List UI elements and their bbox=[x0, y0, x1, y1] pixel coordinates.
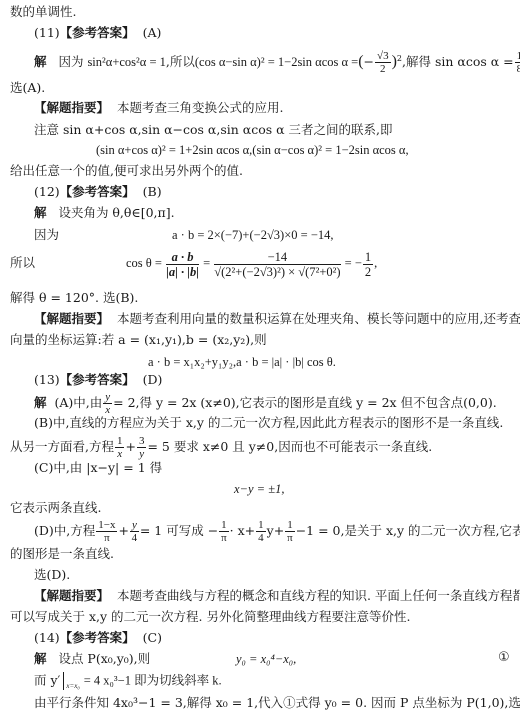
numerator: a · b bbox=[166, 250, 199, 265]
text-line: (C)中,由 |x−y| = 1 得 bbox=[34, 460, 162, 476]
answer-value: (D) bbox=[143, 372, 163, 387]
text-line: 因为 bbox=[34, 227, 59, 243]
numerator: −14 bbox=[214, 250, 340, 265]
formula-line: x−y = ±1, bbox=[234, 481, 284, 497]
answer-label: 【参考答案】 bbox=[60, 630, 135, 645]
text: 从另一方面看,方程 bbox=[10, 439, 114, 454]
fraction: a · b|a| · |b| bbox=[166, 250, 199, 279]
q12-header: (12)【参考答案】 (B) bbox=[34, 184, 162, 200]
q11-solution: 解 因为 sin²α+cos²α = 1,所以(cos α−sin α)² = … bbox=[34, 50, 520, 75]
text: ,解得 sin αcos α = bbox=[402, 54, 514, 69]
denominator: 4 bbox=[256, 532, 266, 544]
text: 设夹角为 θ,θ∈[0,π]. bbox=[58, 205, 174, 220]
denominator: 2 bbox=[375, 63, 391, 75]
fraction: √32 bbox=[375, 50, 391, 75]
denominator: π bbox=[96, 532, 117, 544]
paren: ( bbox=[358, 53, 363, 70]
text-line: 解得 θ = 120°. 选(B). bbox=[10, 290, 138, 306]
math: cos θ = bbox=[126, 256, 162, 270]
numerator: 1 bbox=[285, 519, 295, 532]
numerator: 1 bbox=[115, 435, 125, 448]
q11-hint: 【解题指要】 本题考查三角变换公式的应用. bbox=[34, 100, 283, 116]
hint-label: 【解题指要】 bbox=[34, 100, 109, 115]
fraction: yx bbox=[103, 391, 112, 416]
solve-label: 解 bbox=[34, 395, 47, 410]
formula-line: (sin α+cos α)² = 1+2sin αcos α,(sin α−co… bbox=[96, 142, 409, 158]
text: 而 y′ bbox=[34, 673, 60, 688]
text-line: 选(A). bbox=[10, 80, 45, 96]
question-number: (14) bbox=[34, 630, 60, 645]
q13-option-a: 解 (A)中,由yx= 2,得 y = 2x (x≠0),它表示的图形是直线 y… bbox=[34, 388, 497, 418]
text: (D)中,方程 bbox=[34, 523, 95, 538]
text: 本题考查曲线与方程的概念和直线方程的知识. 平面上任何一条直线方程都 bbox=[117, 588, 520, 603]
formula-line: a · b = 2×(−7)+(−2√3)×0 = −14, bbox=[172, 227, 334, 243]
q14-derivative: 而 y′x=x₀ = 4 x₀³−1 即为切线斜率 k. bbox=[34, 672, 222, 694]
text: y+ bbox=[267, 523, 285, 538]
numerator: 1 bbox=[363, 250, 373, 265]
numerator: 1 bbox=[515, 50, 520, 63]
numerator: y bbox=[103, 391, 112, 404]
text: 本题考查利用向量的数量积运算在处理夹角、模长等问题中的应用,还考查 bbox=[117, 311, 520, 326]
text: = 2,得 y = 2x (x≠0),它表示的图形是直线 y = 2x 但不包含… bbox=[113, 395, 497, 410]
numerator: 1−x bbox=[96, 519, 117, 532]
text: (A)中,由 bbox=[54, 395, 102, 410]
question-number: (11) bbox=[34, 25, 60, 40]
q13-hint: 【解题指要】 本题考查曲线与方程的概念和直线方程的知识. 平面上任何一条直线方程… bbox=[34, 588, 520, 604]
fraction: 3y bbox=[137, 435, 147, 460]
text: · x+ bbox=[230, 523, 255, 538]
evaluation-bar bbox=[63, 672, 64, 690]
numerator: 3 bbox=[137, 435, 147, 448]
q13-option-d: (D)中,方程1−xπ+y4= 1 可写成 −1π· x+14y+1π−1 = … bbox=[34, 516, 520, 546]
text-line: 的图形是一条直线. bbox=[10, 546, 114, 562]
fraction: 1π bbox=[219, 519, 229, 544]
q14-header: (14)【参考答案】 (C) bbox=[34, 630, 162, 646]
answer-value: (A) bbox=[143, 25, 162, 40]
math: (cos α−sin α)² = 1−2sin αcos α = bbox=[195, 55, 358, 69]
denominator: x bbox=[115, 448, 125, 460]
solve-label: 解 bbox=[34, 205, 47, 220]
answer-label: 【参考答案】 bbox=[60, 25, 135, 40]
denominator: |a| · |b| bbox=[166, 265, 199, 279]
fraction: y4 bbox=[130, 519, 139, 544]
q13-option-b2: 从另一方面看,方程1x+3y= 5 要求 x≠0 且 y≠0,因而也不可能表示一… bbox=[10, 432, 432, 462]
numerator: y bbox=[130, 519, 139, 532]
question-number: (12) bbox=[34, 184, 60, 199]
math: = 4 x₀³−1 即为切线斜率 k. bbox=[84, 674, 222, 688]
answer-label: 【参考答案】 bbox=[60, 184, 135, 199]
text: 本题考查三角变换公式的应用. bbox=[117, 100, 283, 115]
q14-solution: 解 设点 P(x₀,y₀),则 bbox=[34, 651, 150, 667]
fraction: 12 bbox=[363, 250, 373, 279]
fraction: 1π bbox=[285, 519, 295, 544]
denominator: 4 bbox=[130, 532, 139, 544]
text: 因为 bbox=[58, 54, 83, 69]
denominator: 2 bbox=[363, 265, 373, 279]
q12-solution: 解 设夹角为 θ,θ∈[0,π]. bbox=[34, 205, 175, 221]
fraction: 1x bbox=[115, 435, 125, 460]
solve-label: 解 bbox=[34, 54, 47, 69]
text-line: 选(D). bbox=[34, 567, 70, 583]
question-number: (13) bbox=[34, 372, 60, 387]
numerator: √3 bbox=[375, 50, 391, 63]
text-line: 向量的坐标运算:若 a = (x₁,y₁),b = (x₂,y₂),则 bbox=[10, 332, 267, 348]
answer-value: (C) bbox=[143, 630, 162, 645]
text: −1 = 0,是关于 x,y 的二元一次方程,它表示 bbox=[296, 523, 520, 538]
answer-label: 【参考答案】 bbox=[60, 372, 135, 387]
math: sin²α+cos²α = 1 bbox=[87, 55, 165, 69]
denominator: y bbox=[137, 448, 147, 460]
subscript: x=x₀ bbox=[66, 682, 79, 690]
denominator: π bbox=[285, 532, 295, 544]
fraction: 18 bbox=[515, 50, 520, 75]
hint-label: 【解题指要】 bbox=[34, 588, 109, 603]
text-line: (B)中,直线的方程应为关于 x,y 的二元一次方程,因此此方程表示的图形不是一… bbox=[34, 415, 503, 431]
text-line: 给出任意一个的值,便可求出另外两个的值. bbox=[10, 163, 243, 179]
text-line: 注意 sin α+cos α,sin α−cos α,sin αcos α 三者… bbox=[34, 122, 393, 138]
q11-header: (11)【参考答案】 (A) bbox=[34, 25, 161, 41]
text: ,所以 bbox=[166, 54, 195, 69]
fraction: 1−xπ bbox=[96, 519, 117, 544]
denominator: 8 bbox=[515, 63, 520, 75]
denominator: π bbox=[219, 532, 229, 544]
text-line: 数的单调性. bbox=[10, 4, 76, 20]
denominator: √(2²+(−2√3)²) × √(7²+0²) bbox=[214, 265, 340, 279]
text-line: 它表示两条直线. bbox=[10, 500, 101, 516]
text-line: 可以写成关于 x,y 的二元一次方程. 另外化简整理曲线方程要注意等价性. bbox=[10, 609, 410, 625]
numerator: 1 bbox=[219, 519, 229, 532]
answer-value: (B) bbox=[143, 184, 162, 199]
cos-formula: cos θ = a · b|a| · |b| = −14√(2²+(−2√3)²… bbox=[126, 245, 377, 281]
text: = 1 可写成 − bbox=[140, 523, 218, 538]
fraction: −14√(2²+(−2√3)²) × √(7²+0²) bbox=[214, 250, 340, 279]
text-line: 由平行条件知 4x₀³−1 = 3,解得 x₀ = 1,代入①式得 y₀ = 0… bbox=[34, 695, 520, 711]
formula-line: y₀ = x₀⁴−x₀, bbox=[236, 651, 296, 667]
fraction: 14 bbox=[256, 519, 266, 544]
text: = 5 要求 x≠0 且 y≠0,因而也不可能表示一条直线. bbox=[147, 439, 432, 454]
q13-header: (13)【参考答案】 (D) bbox=[34, 372, 162, 388]
formula-line: a · b = x₁x₂+y₁y₂,a · b = |a| · |b| cos … bbox=[148, 354, 336, 370]
numerator: 1 bbox=[256, 519, 266, 532]
text-line: 所以 bbox=[10, 255, 35, 271]
equation-marker: ① bbox=[498, 650, 510, 666]
text: 设点 P(x₀,y₀),则 bbox=[58, 651, 150, 666]
q12-hint: 【解题指要】 本题考查利用向量的数量积运算在处理夹角、模长等问题中的应用,还考查 bbox=[34, 311, 520, 327]
solve-label: 解 bbox=[34, 651, 47, 666]
hint-label: 【解题指要】 bbox=[34, 311, 109, 326]
